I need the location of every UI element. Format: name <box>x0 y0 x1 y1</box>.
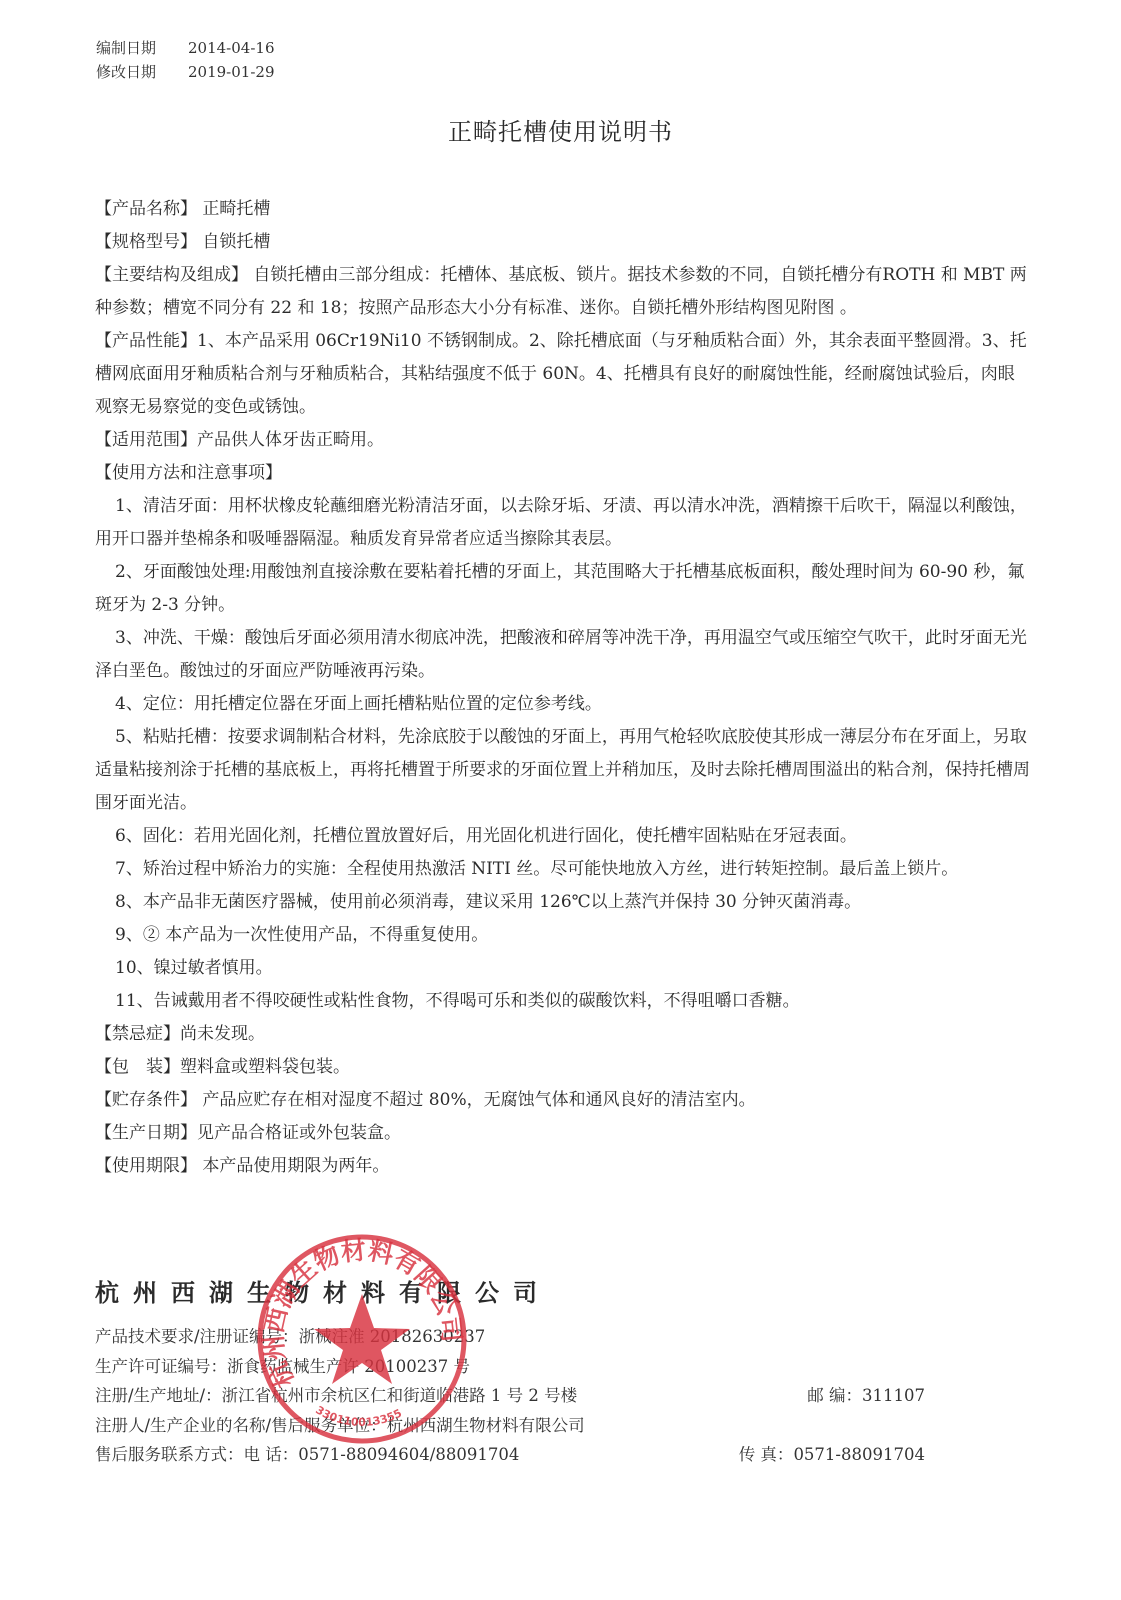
entity-label: 注册人/生产企业的名称/售后服务单位： <box>95 1416 387 1435</box>
section-shelf-life: 【使用期限】 本产品使用期限为两年。 <box>95 1150 1030 1183</box>
company-info: 产品技术要求/注册证编号：浙械注准 20182630237 生产许可证编号：浙食… <box>95 1322 925 1470</box>
contact-row: 售后服务联系方式：电 话：0571-88094604/88091704 传 真：… <box>95 1440 925 1470</box>
section-label: 【主要结构及组成】 <box>95 265 248 285</box>
section-text: 1、本产品采用 06Cr19Ni10 不锈钢制成。2、除托槽底面（与牙釉质粘合面… <box>95 331 1027 417</box>
section-label: 【使用方法和注意事项】 <box>95 463 282 483</box>
section-text: 自锁托槽 <box>197 232 270 252</box>
section-text: 正畸托槽 <box>197 199 270 219</box>
section-label: 【产品性能】 <box>95 331 197 351</box>
registration-row: 产品技术要求/注册证编号：浙械注准 20182630237 <box>95 1322 925 1352</box>
address-label: 注册/生产地址/： <box>95 1386 222 1405</box>
postcode-label: 邮 编： <box>807 1386 862 1405</box>
section-performance: 【产品性能】1、本产品采用 06Cr19Ni10 不锈钢制成。2、除托槽底面（与… <box>95 325 1030 424</box>
instruction-item: 11、告诫戴用者不得咬硬性或粘性食物，不得喝可乐和类似的碳酸饮料，不得咀嚼口香糖… <box>95 985 1030 1018</box>
revised-date-label: 修改日期 <box>96 60 188 84</box>
section-label: 【规格型号】 <box>95 232 197 252</box>
phone-label: 售后服务联系方式：电 话： <box>95 1445 298 1464</box>
section-text: 本产品使用期限为两年。 <box>197 1156 389 1176</box>
instruction-item: 6、固化：若用光固化剂，托槽位置放置好后，用光固化机进行固化，使托槽牢固粘贴在牙… <box>95 820 1030 853</box>
fax-value: 0571-88091704 <box>793 1445 925 1464</box>
entity-value: 杭州西湖生物材料有限公司 <box>387 1416 585 1435</box>
compiled-date-label: 编制日期 <box>96 36 188 60</box>
entity-row: 注册人/生产企业的名称/售后服务单位：杭州西湖生物材料有限公司 <box>95 1411 925 1441</box>
section-label: 【禁忌症】 <box>95 1024 180 1044</box>
instruction-item: 5、粘贴托槽：按要求调制粘合材料，先涂底胶于以酸蚀的牙面上，再用气枪轻吹底胶使其… <box>95 721 1030 820</box>
section-text: 产品应贮存在相对湿度不超过 80%，无腐蚀气体和通风良好的清洁室内。 <box>197 1090 756 1110</box>
section-label: 【生产日期】 <box>95 1123 197 1143</box>
document-body: 【产品名称】 正畸托槽 【规格型号】 自锁托槽 【主要结构及组成】 自锁托槽由三… <box>95 193 1030 1183</box>
license-row: 生产许可证编号：浙食药监械生产许 20100237 号 <box>95 1352 925 1382</box>
section-usage-heading: 【使用方法和注意事项】 <box>95 457 1030 490</box>
section-product-name: 【产品名称】 正畸托槽 <box>95 193 1030 226</box>
section-label: 【产品名称】 <box>95 199 197 219</box>
revised-date-value: 2019-01-29 <box>188 60 274 84</box>
section-scope: 【适用范围】产品供人体牙齿正畸用。 <box>95 424 1030 457</box>
instruction-item: 10、镍过敏者慎用。 <box>95 952 1030 985</box>
address-value: 浙江省杭州市余杭区仁和街道临港路 1 号 2 号楼 <box>222 1386 577 1405</box>
section-production-date: 【生产日期】见产品合格证或外包装盒。 <box>95 1117 1030 1150</box>
instruction-item: 9、② 本产品为一次性使用产品，不得重复使用。 <box>95 919 1030 952</box>
section-packaging: 【包 装】塑料盒或塑料袋包装。 <box>95 1051 1030 1084</box>
document-title: 正畸托槽使用说明书 <box>0 112 1121 147</box>
section-text: 见产品合格证或外包装盒。 <box>197 1123 401 1143</box>
revised-date-row: 修改日期 2019-01-29 <box>96 60 274 84</box>
compiled-date-row: 编制日期 2014-04-16 <box>96 36 274 60</box>
section-label: 【贮存条件】 <box>95 1090 197 1110</box>
section-label: 【使用期限】 <box>95 1156 197 1176</box>
instruction-item: 2、牙面酸蚀处理:用酸蚀剂直接涂敷在要粘着托槽的牙面上，其范围略大于托槽基底板面… <box>95 556 1030 622</box>
instruction-item: 3、冲洗、干燥：酸蚀后牙面必须用清水彻底冲洗，把酸液和碎屑等冲洗干净，再用温空气… <box>95 622 1030 688</box>
section-label: 【适用范围】 <box>95 430 197 450</box>
address-row: 注册/生产地址/：浙江省杭州市余杭区仁和街道临港路 1 号 2 号楼 邮 编：3… <box>95 1381 925 1411</box>
registration-value: 浙械注准 20182630237 <box>299 1327 486 1346</box>
instruction-item: 8、本产品非无菌医疗器械，使用前必须消毒，建议采用 126℃以上蒸汽并保持 30… <box>95 886 1030 919</box>
compiled-date-value: 2014-04-16 <box>188 36 274 60</box>
company-name: 杭州西湖生物材料有限公司 <box>95 1273 551 1308</box>
registration-label: 产品技术要求/注册证编号： <box>95 1327 299 1346</box>
license-value: 浙食药监械生产许 20100237 号 <box>227 1357 470 1376</box>
section-contraindications: 【禁忌症】尚未发现。 <box>95 1018 1030 1051</box>
postcode-value: 311107 <box>862 1386 925 1405</box>
section-structure: 【主要结构及组成】 自锁托槽由三部分组成：托槽体、基底板、锁片。据技术参数的不同… <box>95 259 1030 325</box>
section-storage: 【贮存条件】 产品应贮存在相对湿度不超过 80%，无腐蚀气体和通风良好的清洁室内… <box>95 1084 1030 1117</box>
license-label: 生产许可证编号： <box>95 1357 227 1376</box>
phone-value: 0571-88094604/88091704 <box>298 1445 519 1464</box>
document-meta: 编制日期 2014-04-16 修改日期 2019-01-29 <box>96 36 274 84</box>
instruction-item: 4、定位：用托槽定位器在牙面上画托槽粘贴位置的定位参考线。 <box>95 688 1030 721</box>
fax-label: 传 真： <box>739 1445 794 1464</box>
section-text: 塑料盒或塑料袋包装。 <box>180 1057 350 1077</box>
instruction-item: 1、清洁牙面：用杯状橡皮轮蘸细磨光粉清洁牙面，以去除牙垢、牙渍、再以清水冲洗，酒… <box>95 490 1030 556</box>
section-text: 产品供人体牙齿正畸用。 <box>197 430 384 450</box>
section-text: 尚未发现。 <box>180 1024 265 1044</box>
section-label: 【包 装】 <box>95 1057 180 1077</box>
section-model: 【规格型号】 自锁托槽 <box>95 226 1030 259</box>
instruction-item: 7、矫治过程中矫治力的实施：全程使用热激活 NITI 丝。尽可能快地放入方丝，进… <box>95 853 1030 886</box>
